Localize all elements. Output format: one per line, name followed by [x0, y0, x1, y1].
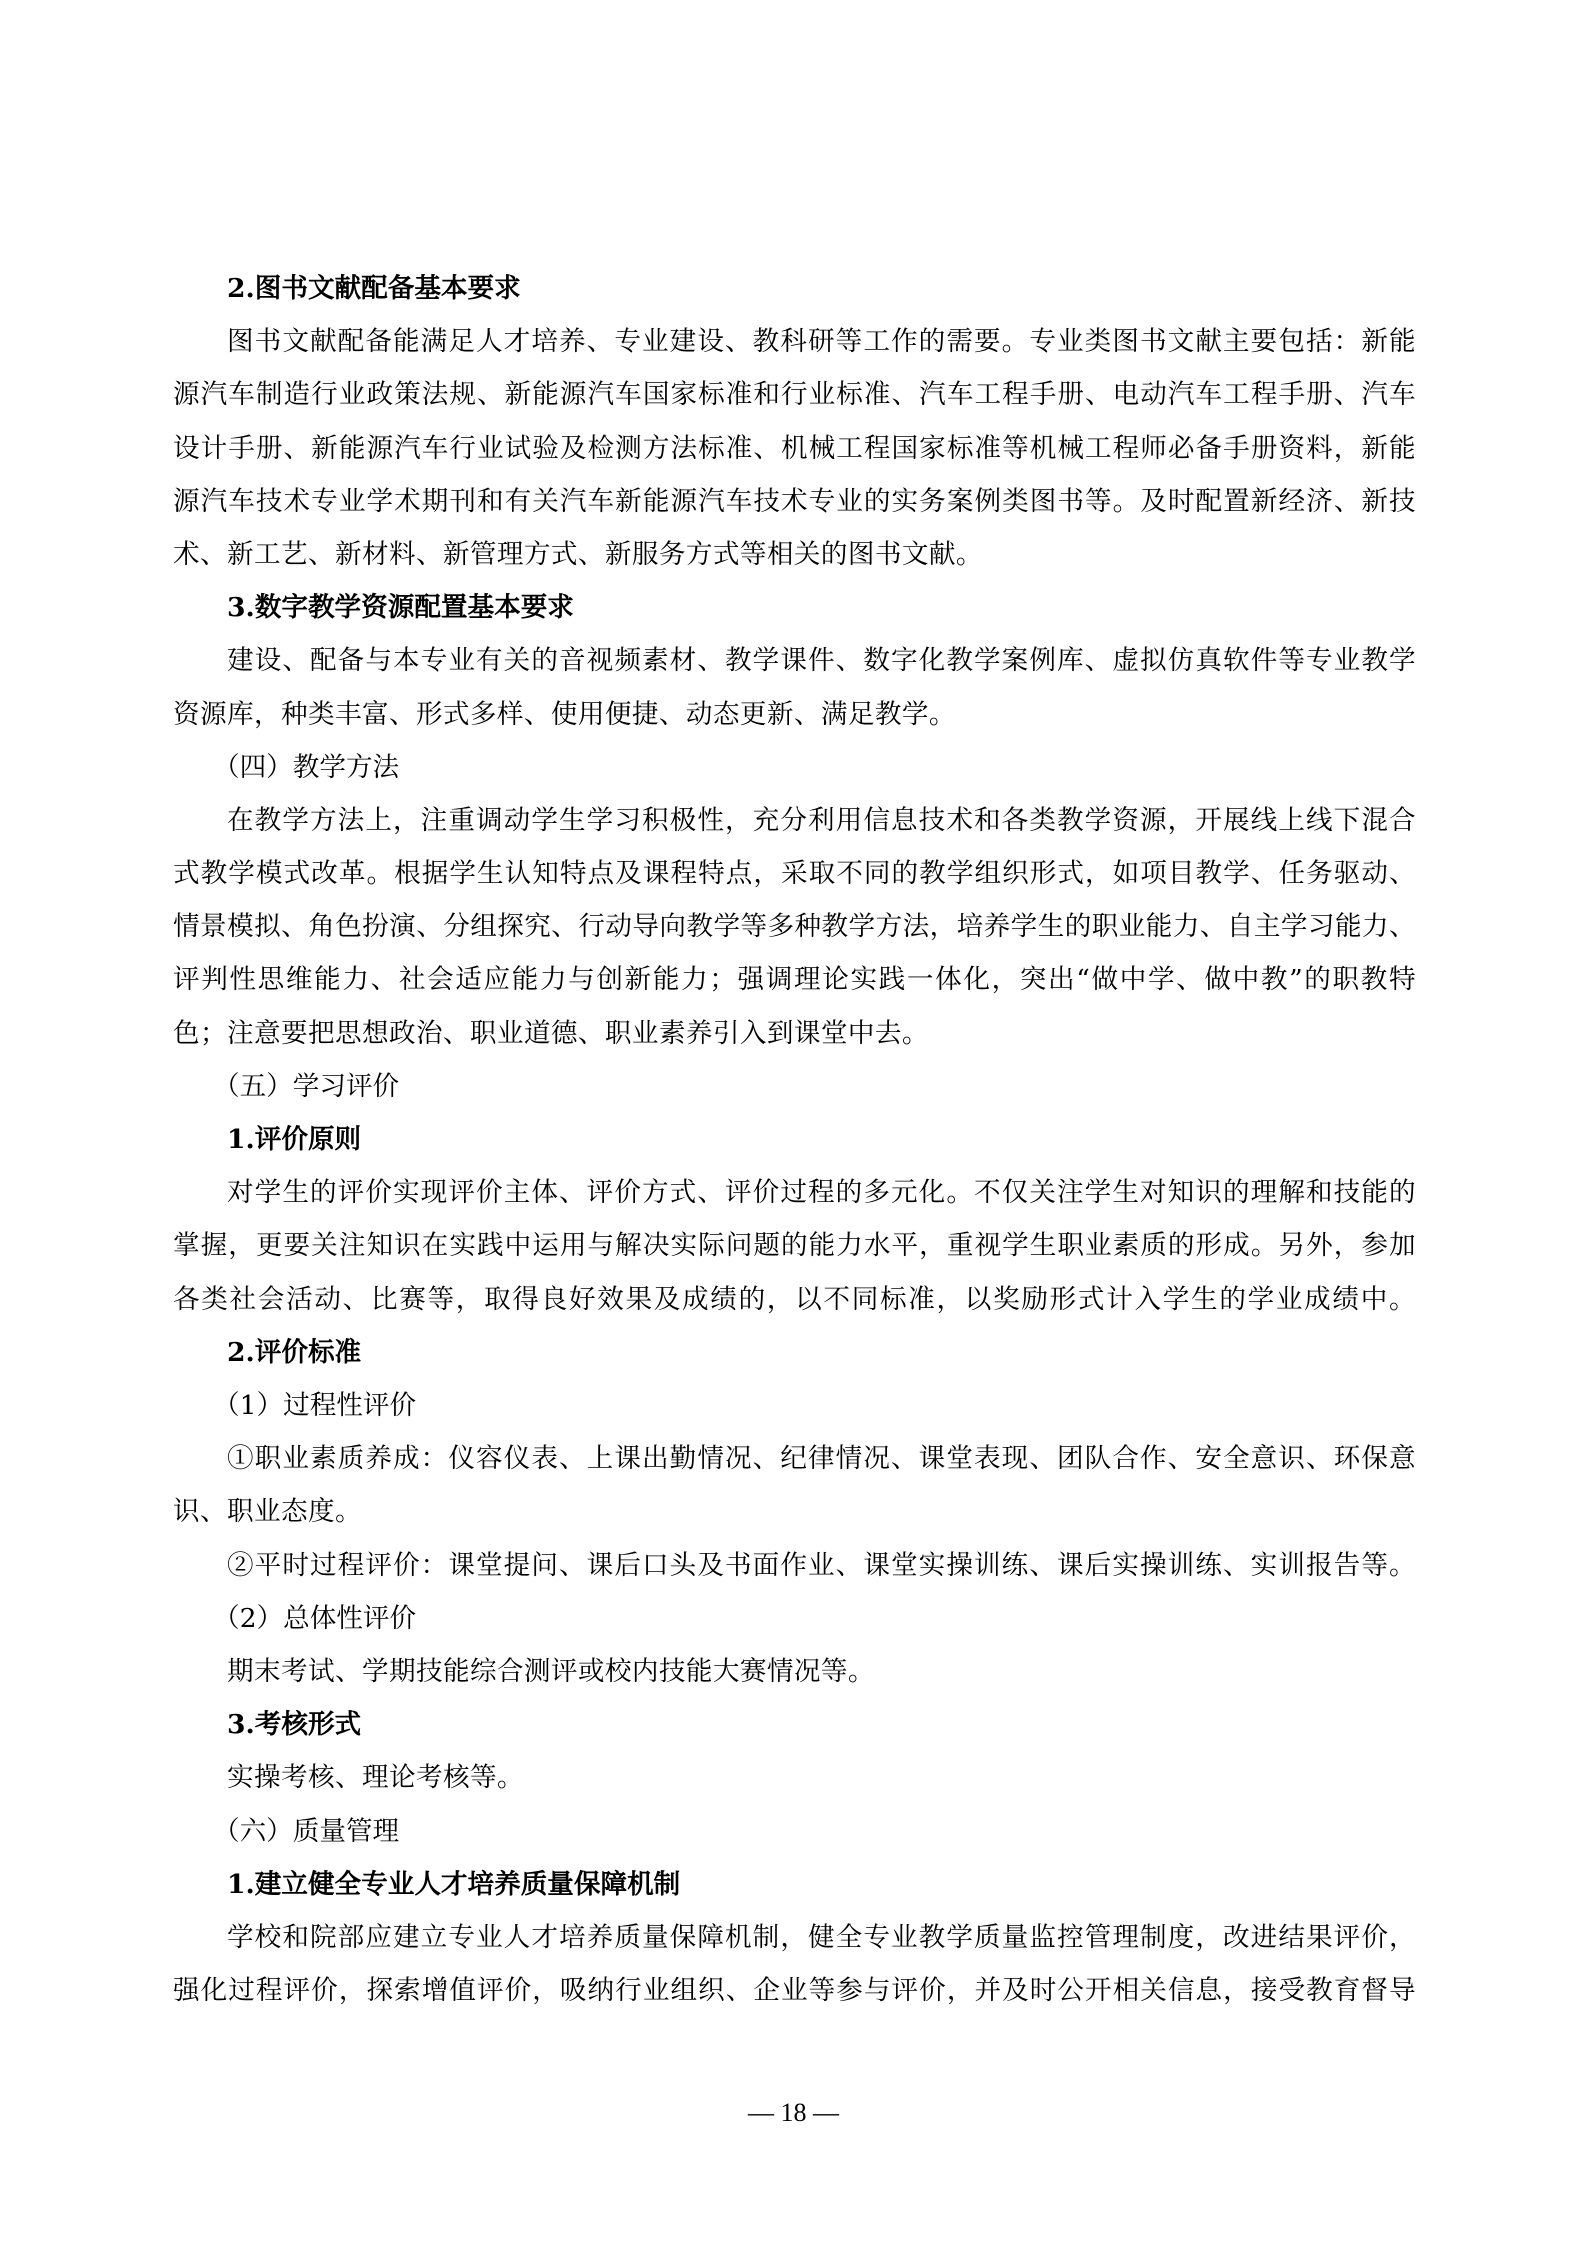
paragraph-line: 色；注意要把思想政治、职业道德、职业素养引入到课堂中去。	[173, 1007, 1416, 1060]
section-heading: （2）总体性评价	[173, 1592, 1416, 1645]
paragraph-line: 实操考核、理论考核等。	[173, 1751, 1416, 1804]
paragraph-line: 识、职业态度。	[173, 1485, 1416, 1538]
paragraph-line: 掌握，更要关注知识在实践中运用与解决实际问题的能力水平，重视学生职业素质的形成。…	[173, 1219, 1416, 1272]
paragraph-line: 学校和院部应建立专业人才培养质量保障机制，健全专业教学质量监控管理制度，改进结果…	[173, 1911, 1416, 1964]
paragraph-line: 源汽车技术专业学术期刊和有关汽车新能源汽车技术专业的实务案例类图书等。及时配置新…	[173, 475, 1416, 528]
paragraph-line: 式教学模式改革。根据学生认知特点及课程特点，采取不同的教学组织形式，如项目教学、…	[173, 847, 1416, 900]
paragraph-line: 建设、配备与本专业有关的音视频素材、教学课件、数字化教学案例库、虚拟仿真软件等专…	[173, 634, 1416, 687]
section-heading: （五）学习评价	[173, 1060, 1416, 1113]
subsection-heading: 1.建立健全专业人才培养质量保障机制	[173, 1858, 1416, 1911]
paragraph-line: 术、新工艺、新材料、新管理方式、新服务方式等相关的图书文献。	[173, 528, 1416, 581]
paragraph-line: 在教学方法上，注重调动学生学习积极性，充分利用信息技术和各类教学资源，开展线上线…	[173, 794, 1416, 847]
section-heading: （四）教学方法	[173, 741, 1416, 794]
paragraph-line: ①职业素质养成：仪容仪表、上课出勤情况、纪律情况、课堂表现、团队合作、安全意识、…	[173, 1432, 1416, 1485]
paragraph-line: 资源库，种类丰富、形式多样、使用便捷、动态更新、满足教学。	[173, 688, 1416, 741]
paragraph-line: 设计手册、新能源汽车行业试验及检测方法标准、机械工程国家标准等机械工程师必备手册…	[173, 422, 1416, 475]
subsection-heading: 2.评价标准	[173, 1326, 1416, 1379]
section-heading: （六）质量管理	[173, 1805, 1416, 1858]
paragraph-line: 情景模拟、角色扮演、分组探究、行动导向教学等多种教学方法，培养学生的职业能力、自…	[173, 900, 1416, 953]
subsection-heading: 3.数字教学资源配置基本要求	[173, 581, 1416, 634]
subsection-heading: 1.评价原则	[173, 1113, 1416, 1166]
page-number: — 18 —	[0, 2098, 1587, 2128]
document-body: 2.图书文献配备基本要求图书文献配备能满足人才培养、专业建设、教科研等工作的需要…	[173, 262, 1416, 2017]
paragraph-line: 期末考试、学期技能综合测评或校内技能大赛情况等。	[173, 1645, 1416, 1698]
subsection-heading: 2.图书文献配备基本要求	[173, 262, 1416, 315]
paragraph-line: 强化过程评价，探索增值评价，吸纳行业组织、企业等参与评价，并及时公开相关信息，接…	[173, 1964, 1416, 2017]
paragraph-line: 对学生的评价实现评价主体、评价方式、评价过程的多元化。不仅关注学生对知识的理解和…	[173, 1166, 1416, 1219]
paragraph-line: 源汽车制造行业政策法规、新能源汽车国家标准和行业标准、汽车工程手册、电动汽车工程…	[173, 368, 1416, 421]
paragraph-line: 评判性思维能力、社会适应能力与创新能力；强调理论实践一体化，突出“做中学、做中教…	[173, 953, 1416, 1006]
paragraph-line: 图书文献配备能满足人才培养、专业建设、教科研等工作的需要。专业类图书文献主要包括…	[173, 315, 1416, 368]
paragraph-line: ②平时过程评价：课堂提问、课后口头及书面作业、课堂实操训练、课后实操训练、实训报…	[173, 1539, 1416, 1592]
section-heading: （1）过程性评价	[173, 1379, 1416, 1432]
subsection-heading: 3.考核形式	[173, 1698, 1416, 1751]
paragraph-line: 各类社会活动、比赛等，取得良好效果及成绩的，以不同标准，以奖励形式计入学生的学业…	[173, 1273, 1416, 1326]
